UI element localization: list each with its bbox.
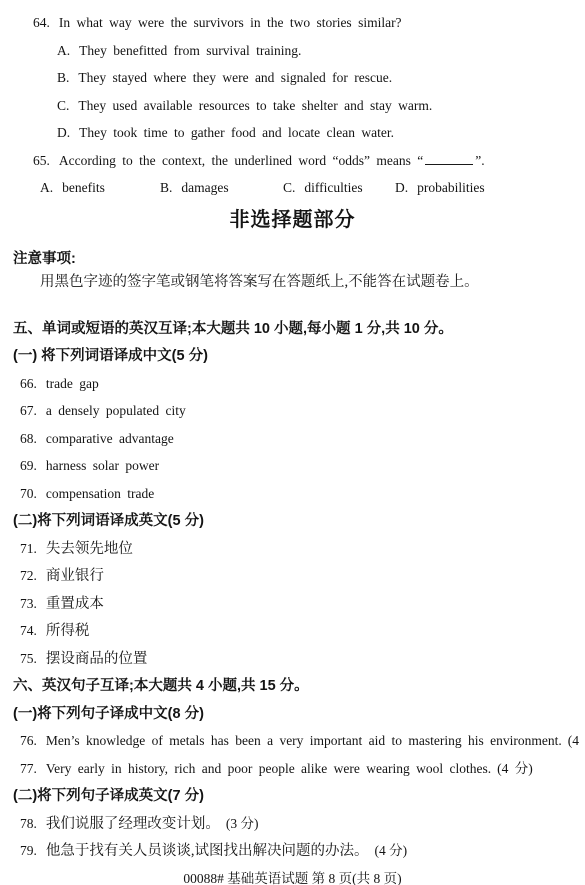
question-64-option-b: B.They stayed where they were and signal… — [57, 68, 585, 88]
item-75: 75.摆设商品的位置 — [20, 649, 585, 669]
item-number: 79. — [20, 841, 37, 861]
exam-page: 64.In what way were the survivors in the… — [0, 0, 585, 885]
option-text: probabilities — [417, 180, 485, 195]
item-score: (4 分) — [375, 843, 408, 858]
question-64-text: In what way were the survivors in the tw… — [59, 15, 402, 30]
question-65-option-b: B.damages — [160, 178, 229, 198]
item-number: 70. — [20, 484, 37, 504]
item-66: 66.trade gap — [20, 374, 585, 394]
question-65-text-before-blank: According to the context, the underlined… — [59, 153, 423, 168]
item-text: Very early in history, rich and poor peo… — [46, 761, 491, 776]
option-text: They benefitted from survival training. — [79, 43, 301, 58]
item-number: 68. — [20, 429, 37, 449]
notes-heading: 注意事项: — [13, 249, 585, 269]
item-text: Men’s knowledge of metals has been a ver… — [46, 733, 562, 748]
option-text: benefits — [62, 180, 105, 195]
item-score: (4 分) — [497, 761, 533, 776]
part-6-sub-1-heading: (一)将下列句子译成中文(8 分) — [13, 704, 585, 724]
section-title: 非选择题部分 — [0, 206, 585, 234]
item-number: 69. — [20, 456, 37, 476]
option-label: D. — [57, 123, 70, 143]
item-text: 商业银行 — [46, 568, 104, 584]
option-label: A. — [57, 41, 70, 61]
question-65-number: 65. — [33, 151, 50, 171]
item-74: 74.所得税 — [20, 621, 585, 641]
option-text: difficulties — [304, 180, 362, 195]
item-70: 70.compensation trade — [20, 484, 585, 504]
item-number: 67. — [20, 401, 37, 421]
item-73: 73.重置成本 — [20, 594, 585, 614]
option-label: A. — [40, 178, 53, 198]
option-label: D. — [395, 178, 408, 198]
question-65-option-c: C.difficulties — [283, 178, 363, 198]
item-79: 79.他急于找有关人员谈谈,试图找出解决问题的办法。(4 分) — [20, 841, 585, 861]
item-76: 76.Men’s knowledge of metals has been a … — [20, 731, 585, 751]
item-text: 失去领先地位 — [46, 541, 133, 557]
item-69: 69.harness solar power — [20, 456, 585, 476]
part-6-heading: 六、英汉句子互译;本大题共 4 小题,共 15 分。 — [13, 676, 585, 696]
item-number: 73. — [20, 594, 37, 614]
item-text: comparative advantage — [46, 431, 174, 446]
item-72: 72.商业银行 — [20, 566, 585, 586]
item-number: 75. — [20, 649, 37, 669]
part-5-heading: 五、单词或短语的英汉互译;本大题共 10 小题,每小题 1 分,共 10 分。 — [13, 319, 585, 339]
notes-body: 用黑色字迹的签字笔或钢笔将答案写在答题纸上,不能答在试题卷上。 — [40, 272, 585, 292]
page-footer: 00088# 基础英语试题 第 8 页(共 8 页) — [0, 869, 585, 885]
answer-blank-underline — [425, 152, 473, 165]
item-text: 我们说服了经理改变计划。 — [46, 816, 220, 832]
part-5-sub-2-heading: (二)将下列词语译成英文(5 分) — [13, 511, 585, 531]
item-score: (3 分) — [226, 816, 259, 831]
question-64-option-c: C.They used available resources to take … — [57, 96, 585, 116]
item-text: harness solar power — [46, 458, 159, 473]
option-text: They took time to gather food and locate… — [79, 125, 394, 140]
option-label: B. — [57, 68, 69, 88]
option-text: They stayed where they were and signaled… — [78, 70, 392, 85]
item-number: 66. — [20, 374, 37, 394]
item-text: 重置成本 — [46, 596, 104, 612]
item-number: 71. — [20, 539, 37, 559]
option-label: C. — [57, 96, 69, 116]
question-64-option-d: D.They took time to gather food and loca… — [57, 123, 585, 143]
question-64-stem: 64.In what way were the survivors in the… — [33, 13, 585, 33]
item-78: 78.我们说服了经理改变计划。(3 分) — [20, 814, 585, 834]
part-6-sub-2-heading: (二)将下列句子译成英文(7 分) — [13, 786, 585, 806]
part-5-sub-1-heading: (一) 将下列词语译成中文(5 分) — [13, 346, 585, 366]
item-text: 他急于找有关人员谈谈,试图找出解决问题的办法。 — [46, 843, 369, 859]
option-text: damages — [181, 180, 228, 195]
item-77: 77.Very early in history, rich and poor … — [20, 759, 585, 779]
question-65-option-a: A.benefits — [40, 178, 105, 198]
item-67: 67.a densely populated city — [20, 401, 585, 421]
option-label: B. — [160, 178, 172, 198]
option-label: C. — [283, 178, 295, 198]
item-score: (4 分) — [568, 733, 585, 748]
question-65-options: A.benefits B.damages C.difficulties D.pr… — [40, 178, 585, 198]
question-65-option-d: D.probabilities — [395, 178, 485, 198]
item-68: 68.comparative advantage — [20, 429, 585, 449]
item-text: compensation trade — [46, 486, 154, 501]
item-number: 72. — [20, 566, 37, 586]
item-text: 摆设商品的位置 — [46, 651, 148, 667]
item-text: 所得税 — [46, 623, 90, 639]
item-number: 77. — [20, 759, 37, 779]
item-number: 74. — [20, 621, 37, 641]
question-64-number: 64. — [33, 13, 50, 33]
item-text: trade gap — [46, 376, 99, 391]
question-64-option-a: A.They benefitted from survival training… — [57, 41, 585, 61]
question-65-stem: 65.According to the context, the underli… — [33, 151, 585, 171]
question-65-text-after-blank: ”. — [475, 153, 484, 168]
item-71: 71.失去领先地位 — [20, 539, 585, 559]
item-number: 76. — [20, 731, 37, 751]
item-text: a densely populated city — [46, 403, 186, 418]
item-number: 78. — [20, 814, 37, 834]
option-text: They used available resources to take sh… — [78, 98, 432, 113]
